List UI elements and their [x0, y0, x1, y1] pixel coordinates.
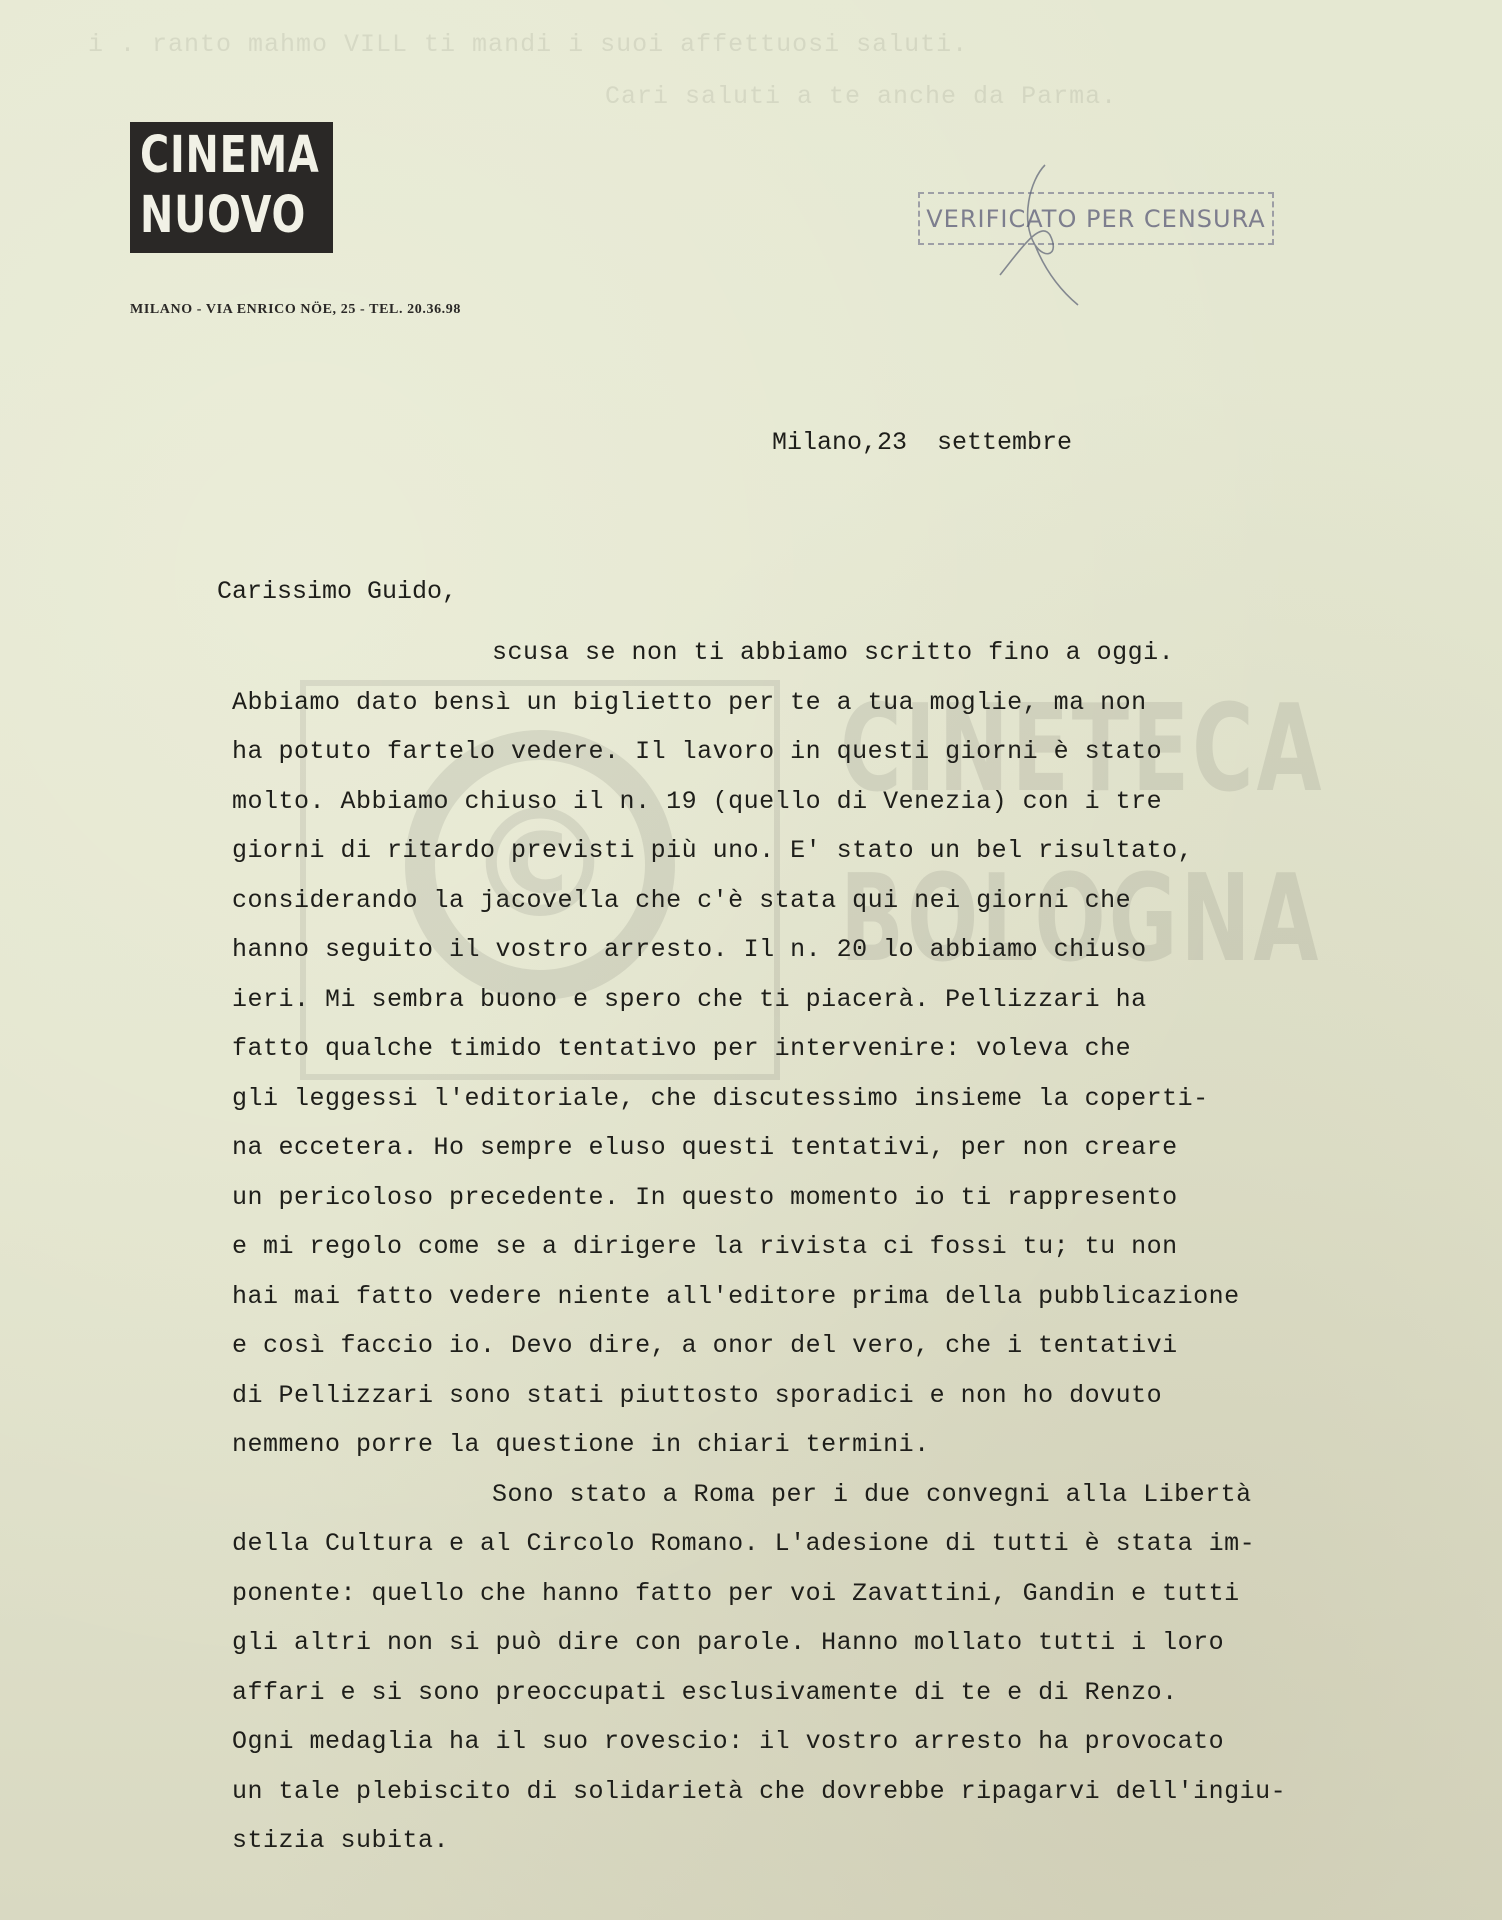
letter-line: di Pellizzari sono stati piuttosto spora… [232, 1371, 1432, 1421]
letter-line: scusa se non ti abbiamo scritto fino a o… [232, 628, 1432, 678]
letter-line: fatto qualche timido tentativo per inter… [232, 1024, 1432, 1074]
letter-line: ha potuto fartelo vedere. Il lavoro in q… [232, 727, 1432, 777]
letter-date: Milano,23 settembre [772, 428, 1072, 457]
logo-line: NUOVO [140, 186, 291, 246]
letter-line: stizia subita. [232, 1816, 1432, 1866]
bleed-through-text: Cari saluti a te anche da Parma. [605, 82, 1117, 111]
letterhead-address: MILANO - VIA ENRICO NÖE, 25 - TEL. 20.36… [130, 302, 461, 318]
letter-body: scusa se non ti abbiamo scritto fino a o… [232, 628, 1432, 1866]
letter-salutation: Carissimo Guido, [217, 577, 457, 606]
letter-line: ieri. Mi sembra buono e spero che ti pia… [232, 975, 1432, 1025]
letter-line: e così faccio io. Devo dire, a onor del … [232, 1321, 1432, 1371]
letter-line: affari e si sono preoccupati esclusivame… [232, 1668, 1432, 1718]
letter-line: Sono stato a Roma per i due convegni all… [232, 1470, 1432, 1520]
letter-line: un tale plebiscito di solidarietà che do… [232, 1767, 1432, 1817]
letter-line: molto. Abbiamo chiuso il n. 19 (quello d… [232, 777, 1432, 827]
letter-line: Ogni medaglia ha il suo rovescio: il vos… [232, 1717, 1432, 1767]
letter-line: gli leggessi l'editoriale, che discutess… [232, 1074, 1432, 1124]
letter-line: ponente: quello che hanno fatto per voi … [232, 1569, 1432, 1619]
letter-line: considerando la jacovella che c'è stata … [232, 876, 1432, 926]
letter-line: Abbiamo dato bensì un biglietto per te a… [232, 678, 1432, 728]
letter-line: gli altri non si può dire con parole. Ha… [232, 1618, 1432, 1668]
letter-line: della Cultura e al Circolo Romano. L'ade… [232, 1519, 1432, 1569]
signature-icon [990, 160, 1080, 310]
letter-line: e mi regolo come se a dirigere la rivist… [232, 1222, 1432, 1272]
letter-line: nemmeno porre la questione in chiari ter… [232, 1420, 1432, 1470]
cinema-nuovo-logo: CINEMA NUOVO [130, 122, 333, 253]
bleed-through-text: i . ranto mahmo VILL ti mandi i suoi aff… [88, 30, 968, 59]
letter-line: giorni di ritardo previsti più uno. E' s… [232, 826, 1432, 876]
letter-line: hanno seguito il vostro arresto. Il n. 2… [232, 925, 1432, 975]
censorship-stamp: VERIFICATO PER CENSURA [918, 192, 1274, 245]
letter-line: un pericoloso precedente. In questo mome… [232, 1173, 1432, 1223]
letter-line: na eccetera. Ho sempre eluso questi tent… [232, 1123, 1432, 1173]
logo-line: CINEMA [140, 126, 291, 186]
letter-line: hai mai fatto vedere niente all'editore … [232, 1272, 1432, 1322]
